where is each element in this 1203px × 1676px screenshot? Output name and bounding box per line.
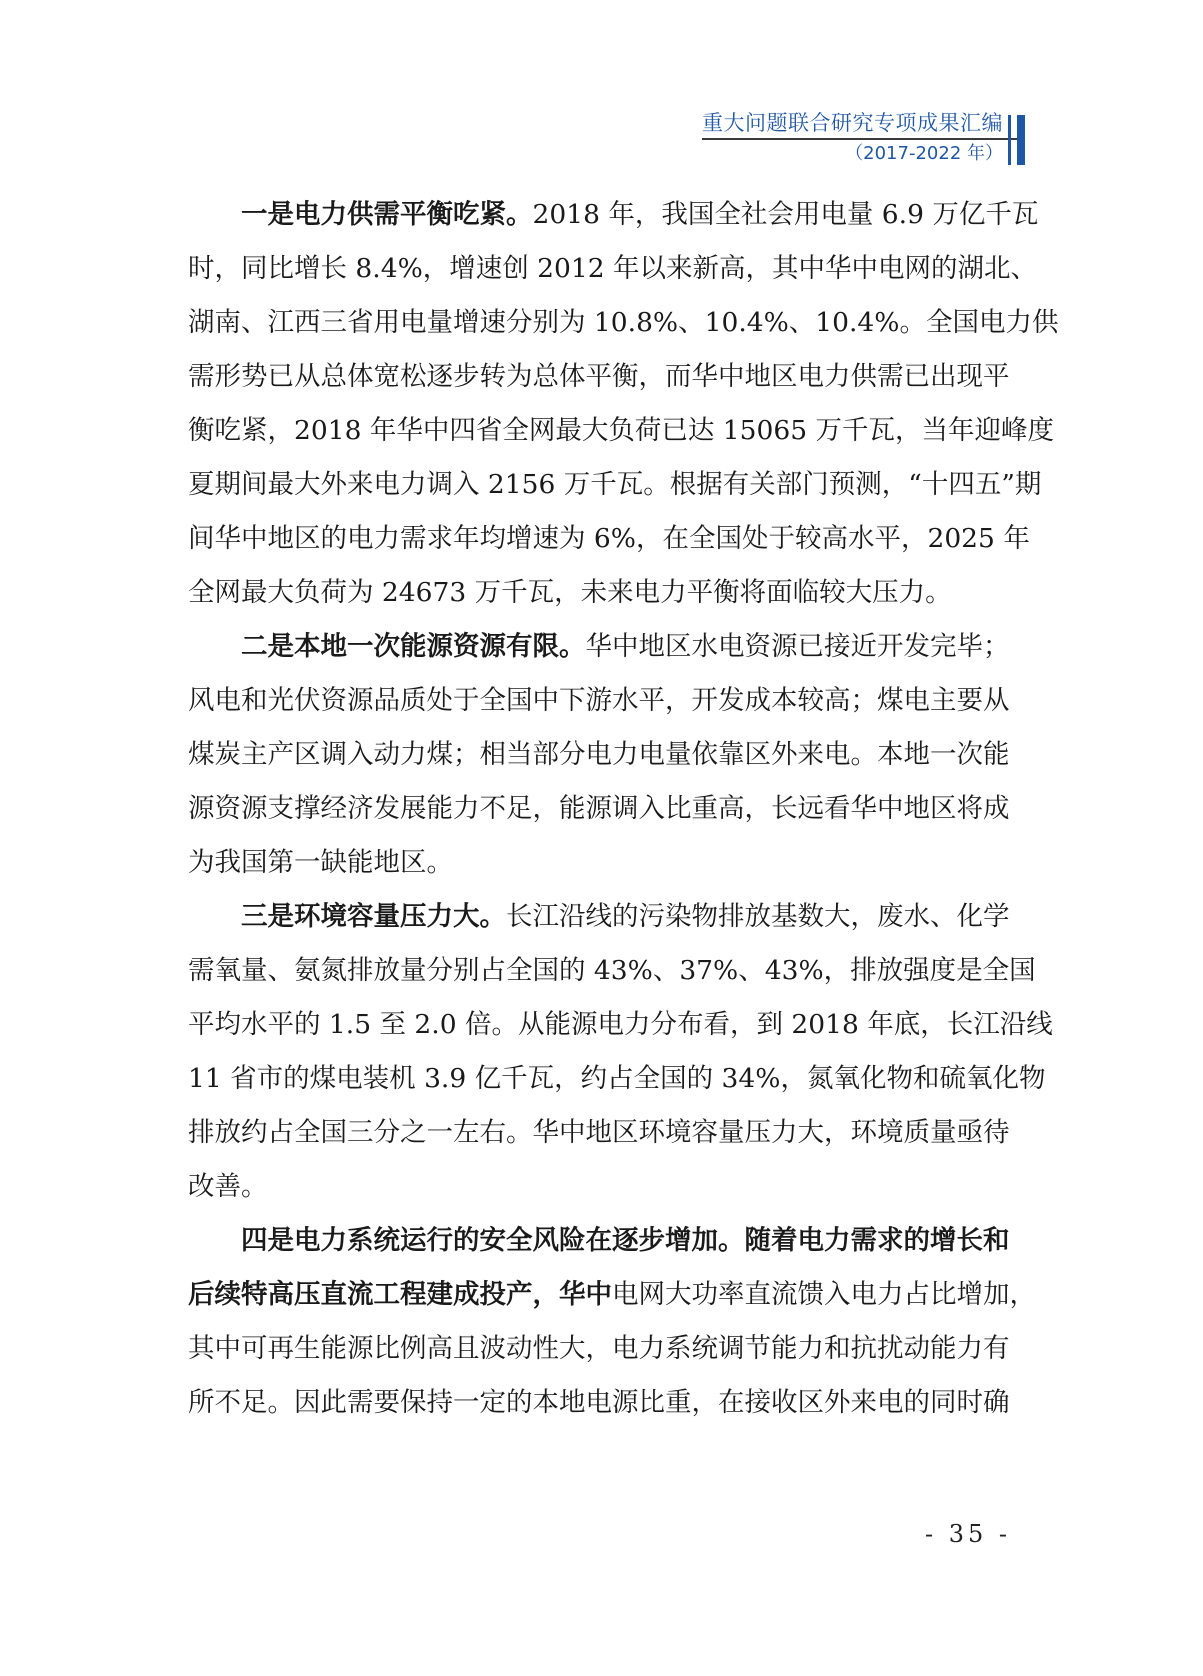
text-line: 排放约占全国三分之一左右。华中地区环境容量压力大，环境质量亟待: [188, 1106, 1008, 1160]
line-text: 2018 年，我国全社会用电量 6.9 万亿千瓦: [533, 199, 1039, 230]
text-line: 三是环境容量压力大。长江沿线的污染物排放基数大，废水、化学: [188, 890, 1008, 944]
paragraph-local-energy: 二是本地一次能源资源有限。华中地区水电资源已接近开发完毕； 风电和光伏资源品质处…: [188, 620, 1008, 890]
paragraph-lead: 三是环境容量压力大。: [241, 901, 506, 932]
page-number: - 35 -: [925, 1520, 1011, 1548]
text-line: 间华中地区的电力需求年均增速为 6%，在全国处于较高水平，2025 年: [188, 512, 1008, 566]
text-line: 衡吃紧，2018 年华中四省全网最大负荷已达 15065 万千瓦，当年迎峰度: [188, 404, 1008, 458]
header-title: 重大问题联合研究专项成果汇编: [702, 108, 1025, 140]
text-line: 源资源支撑经济发展能力不足，能源调入比重高，长远看华中地区将成: [188, 782, 1008, 836]
paragraph-environment: 三是环境容量压力大。长江沿线的污染物排放基数大，废水、化学 需氧量、氨氮排放量分…: [188, 890, 1008, 1214]
text-line: 11 省市的煤电装机 3.9 亿千瓦，约占全国的 34%，氮氧化物和硫氧化物: [188, 1052, 1008, 1106]
text-line: 湖南、江西三省用电量增速分别为 10.8%、10.4%、10.4%。全国电力供: [188, 296, 1008, 350]
line-text: 长江沿线的污染物排放基数大，废水、化学: [506, 901, 1010, 932]
text-line: 平均水平的 1.5 至 2.0 倍。从能源电力分布看，到 2018 年底，长江沿…: [188, 998, 1008, 1052]
text-line: 时，同比增长 8.4%，增速创 2012 年以来新高，其中华中电网的湖北、: [188, 242, 1008, 296]
text-line: 需氧量、氨氮排放量分别占全国的 43%、37%、43%，排放强度是全国: [188, 944, 1008, 998]
running-header: 重大问题联合研究专项成果汇编 （2017-2022 年）: [695, 108, 1025, 168]
paragraph-security-risk: 四是电力系统运行的安全风险在逐步增加。随着电力需求的增长和 后续特高压直流工程建…: [188, 1214, 1008, 1430]
paragraph-lead-continued: 后续特高压直流工程建成投产，华中: [188, 1279, 612, 1310]
paragraph-lead: 一是电力供需平衡吃紧。: [241, 199, 533, 230]
text-line: 煤炭主产区调入动力煤；相当部分电力电量依靠区外来电。本地一次能: [188, 728, 1008, 782]
header-accent-bar-thick: [1017, 115, 1025, 165]
header-accent-bar-thin: [1008, 115, 1011, 165]
paragraph-lead: 四是电力系统运行的安全风险在逐步增加。随着电力需求的增长和: [241, 1225, 1010, 1256]
header-subtitle: （2017-2022 年）: [695, 140, 1025, 168]
paragraph-lead: 二是本地一次能源资源有限。: [241, 631, 586, 662]
text-line: 为我国第一缺能地区。: [188, 836, 1008, 890]
body-text: 一是电力供需平衡吃紧。2018 年，我国全社会用电量 6.9 万亿千瓦 时，同比…: [188, 188, 1008, 1430]
text-line: 改善。: [188, 1160, 1008, 1214]
text-line: 二是本地一次能源资源有限。华中地区水电资源已接近开发完毕；: [188, 620, 1008, 674]
text-line: 后续特高压直流工程建成投产，华中电网大功率直流馈入电力占比增加，: [188, 1268, 1008, 1322]
text-line: 其中可再生能源比例高且波动性大，电力系统调节能力和抗扰动能力有: [188, 1322, 1008, 1376]
text-line: 风电和光伏资源品质处于全国中下游水平，开发成本较高；煤电主要从: [188, 674, 1008, 728]
line-text: 华中地区水电资源已接近开发完毕；: [586, 631, 1010, 662]
line-text: 电网大功率直流馈入电力占比增加，: [612, 1279, 1036, 1310]
paragraph-power-supply: 一是电力供需平衡吃紧。2018 年，我国全社会用电量 6.9 万亿千瓦 时，同比…: [188, 188, 1008, 620]
text-line: 需形势已从总体宽松逐步转为总体平衡，而华中地区电力供需已出现平: [188, 350, 1008, 404]
text-line: 全网最大负荷为 24673 万千瓦，未来电力平衡将面临较大压力。: [188, 566, 1008, 620]
text-line: 夏期间最大外来电力调入 2156 万千瓦。根据有关部门预测，“十四五”期: [188, 458, 1008, 512]
text-line: 一是电力供需平衡吃紧。2018 年，我国全社会用电量 6.9 万亿千瓦: [188, 188, 1008, 242]
text-line: 所不足。因此需要保持一定的本地电源比重，在接收区外来电的同时确: [188, 1376, 1008, 1430]
text-line: 四是电力系统运行的安全风险在逐步增加。随着电力需求的增长和: [188, 1214, 1008, 1268]
